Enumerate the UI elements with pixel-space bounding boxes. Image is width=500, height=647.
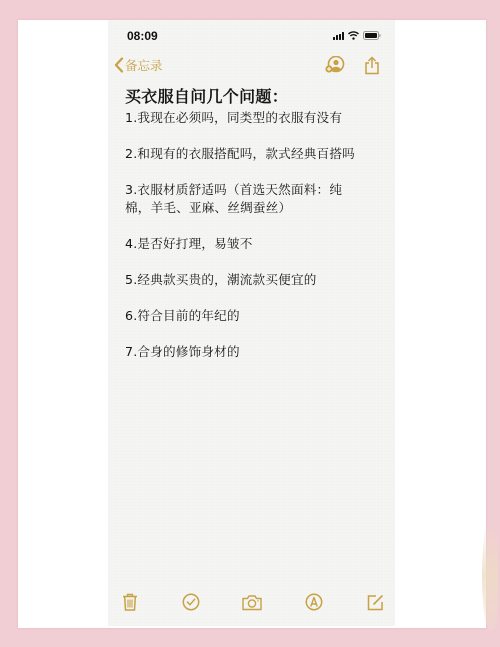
note-line: 3.衣服材质舒适吗（首选天然面料：纯 (125, 181, 387, 199)
note-title: 买衣服自问几个问题： (125, 86, 387, 108)
camera-icon (242, 594, 262, 611)
trash-icon (122, 593, 138, 611)
battery-icon (363, 31, 381, 40)
status-icons (333, 31, 381, 40)
note-line: 棉，羊毛、亚麻、丝绸蚕丝） (125, 199, 387, 217)
bottom-toolbar (108, 591, 395, 615)
note-line: 1.我现在必须吗，同类型的衣服有没有 (125, 109, 387, 127)
flower-decoration (482, 520, 498, 630)
checklist-button[interactable] (180, 591, 202, 613)
compose-button[interactable] (364, 591, 386, 613)
note-line: 4.是否好打理，易皱不 (125, 235, 387, 253)
wifi-icon (348, 31, 359, 40)
note-line: 5.经典款买贵的，潮流款买便宜的 (125, 271, 387, 289)
delete-button[interactable] (119, 591, 141, 613)
note-line: 7.合身的修饰身材的 (125, 343, 387, 361)
chevron-left-icon (114, 57, 124, 73)
markup-button[interactable] (303, 591, 325, 613)
share-icon[interactable] (364, 56, 380, 79)
checklist-icon (182, 593, 200, 611)
nav-bar: 备忘录 (108, 54, 395, 80)
camera-button[interactable] (241, 591, 263, 613)
collaborate-icon[interactable] (325, 56, 345, 78)
compose-icon (367, 594, 384, 611)
note-line: 6.符合目前的年纪的 (125, 307, 387, 325)
note-body[interactable]: 买衣服自问几个问题： 1.我现在必须吗，同类型的衣服有没有 2.和现有的衣服搭配… (125, 86, 387, 361)
back-button[interactable]: 备忘录 (114, 56, 163, 74)
status-bar: 08:09 (108, 20, 395, 50)
back-label: 备忘录 (125, 56, 163, 74)
note-line: 2.和现有的衣服搭配吗，款式经典百搭吗 (125, 145, 387, 163)
phone-screen: 08:09 (108, 20, 395, 626)
signal-icon (333, 32, 344, 40)
status-time: 08:09 (127, 29, 158, 43)
markup-icon (305, 593, 323, 611)
